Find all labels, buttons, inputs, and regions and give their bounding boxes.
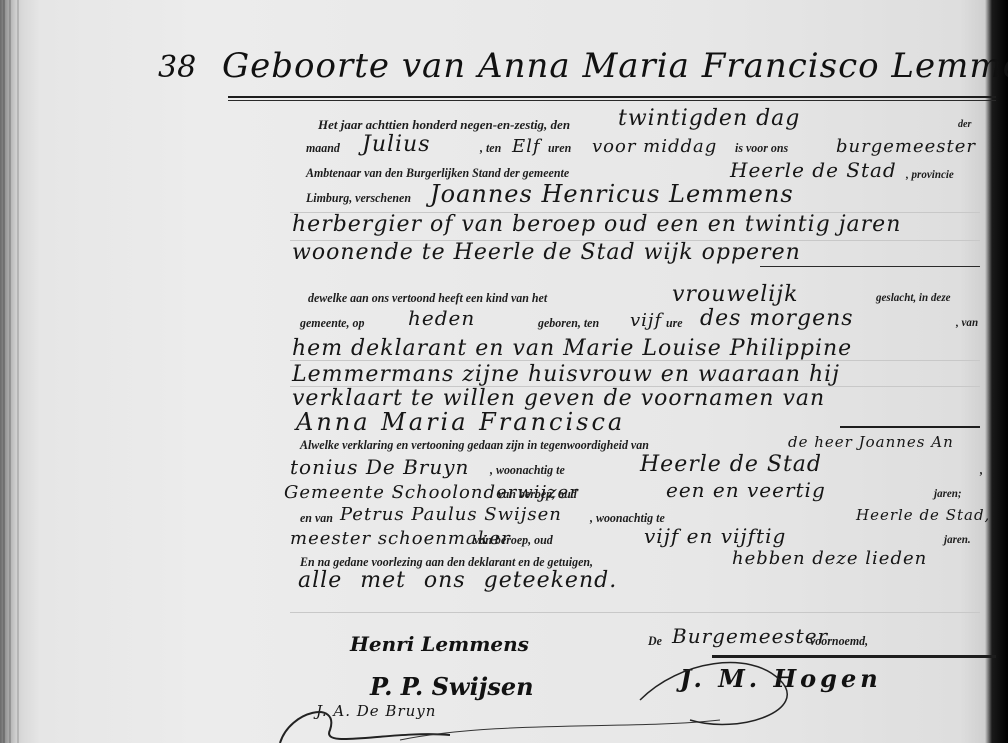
printed-text: gemeente, op <box>300 315 364 331</box>
handwritten-month: Julius <box>362 132 431 157</box>
line-1: Het jaar achttien honderd negen-en-zesti… <box>318 114 570 133</box>
handwritten-witness-1-age: een en veertig <box>666 478 826 502</box>
handwritten-official: burgemeester <box>836 136 976 157</box>
handwritten-residence: woonende te Heerle de Stad wijk opperen <box>292 240 801 265</box>
printed-text: , provincie <box>906 167 954 182</box>
printed-text: ure <box>666 315 683 331</box>
printed-text: en van <box>300 510 333 526</box>
handwritten-hour: Elf <box>512 136 541 157</box>
printed-text: , van <box>956 315 978 330</box>
handwritten-closing: alle met ons geteekend. <box>298 568 617 593</box>
handwritten-time-of-day: des morgens <box>700 306 854 331</box>
handwritten-witness-1-name: de heer Joannes An <box>788 433 954 451</box>
printed-text: , woonachtig te <box>490 462 565 478</box>
handwritten-mother-surname: Lemmermans zijne huisvrouw en waaraan hi… <box>292 362 840 387</box>
handwritten-date: twintigden dag <box>618 106 800 131</box>
printed-text: geboren, ten <box>538 315 599 331</box>
handwritten-occupation-age: herbergier of van beroep oud een en twin… <box>292 212 901 237</box>
title-underline <box>228 100 996 101</box>
printed-text: is voor ons <box>735 140 788 156</box>
printed-text: jaren; <box>934 486 962 501</box>
printed-text: geslacht, in deze <box>876 290 951 305</box>
title-underline <box>228 96 996 98</box>
printed-text: uren <box>548 140 571 156</box>
handwritten-closing: hebben deze lieden <box>732 548 927 569</box>
printed-text: Het jaar achttien honderd negen-en-zesti… <box>318 117 570 132</box>
handwritten-municipality: Heerle de Stad <box>730 158 897 182</box>
printed-text: jaren. <box>944 532 971 547</box>
handwritten-sex: vrouwelijk <box>672 282 798 307</box>
handwritten-witness-2-age: vijf en vijftig <box>644 524 786 548</box>
mayor-flourish-icon <box>620 640 920 740</box>
handwritten-witness-2-residence: Heerle de Stad, <box>856 506 990 524</box>
printed-text: dewelke aan ons vertoond heeft een kind … <box>308 290 547 306</box>
book-spine-line <box>17 0 19 743</box>
printed-text: van beroep, oud <box>498 486 577 502</box>
printed-text: Ambtenaar van den Burgerlijken Stand der… <box>306 165 569 181</box>
printed-text: , ten <box>480 140 501 156</box>
printed-text: Limburg, verschenen <box>306 190 411 206</box>
handwritten-declarant-name: Joannes Henricus Lemmens <box>430 180 794 208</box>
printed-text: , <box>980 462 983 478</box>
ruled-line <box>290 612 980 613</box>
handwritten-child-name: Anna Maria Francisca <box>296 408 625 436</box>
printed-text: van beroep, oud <box>474 532 553 548</box>
book-spine-line <box>9 0 11 743</box>
book-spine-line <box>3 0 5 743</box>
handwritten-witness-1-surname: tonius De Bruyn <box>290 455 469 479</box>
entry-number: 38 <box>158 50 196 85</box>
handwritten-witness-2-name: Petrus Paulus Swijsen <box>340 504 562 525</box>
printed-text: der <box>958 118 971 130</box>
scanned-register-page: 38 ​ Geboorte van Anna Maria Francisco L… <box>0 0 1008 743</box>
ruled-line <box>290 360 980 361</box>
printed-text: Alwelke verklaring en vertooning gedaan … <box>300 437 649 453</box>
line-filler <box>760 266 980 267</box>
entry-title: Geboorte van Anna Maria Francisco Lemmen… <box>222 46 1008 86</box>
handwritten-birth-day: heden <box>408 306 475 330</box>
line-filler <box>840 426 980 428</box>
signature-declarant: Henri Lemmens <box>350 632 529 656</box>
printed-text: maand <box>306 140 340 156</box>
handwritten-mother-name: hem deklarant en van Marie Louise Philip… <box>292 336 852 361</box>
handwritten-time-of-day: voor middag <box>592 136 717 157</box>
handwritten-birth-hour: vijf <box>630 310 662 331</box>
handwritten-witness-1-residence: Heerle de Stad <box>640 452 822 477</box>
